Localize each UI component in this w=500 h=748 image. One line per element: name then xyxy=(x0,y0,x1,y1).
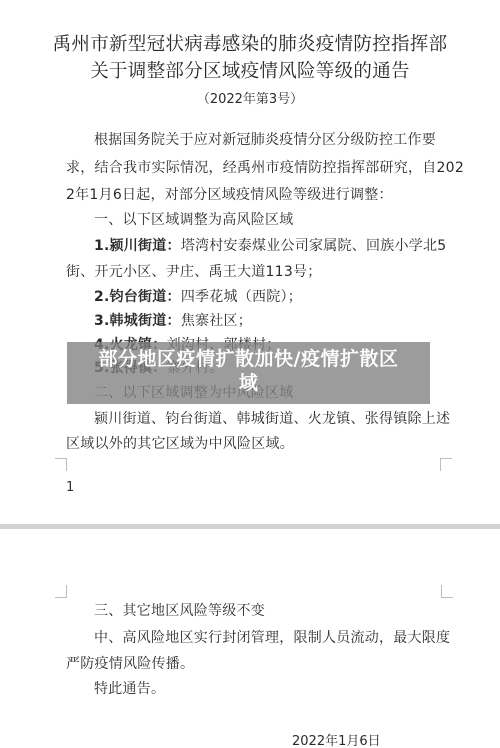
section-2-line-1: 颍川街道、钧台街道、韩城街道、火龙镇、张得镇除上述 xyxy=(94,410,442,428)
document-title-line-2: 关于调整部分区域疫情风险等级的通告 xyxy=(0,57,500,83)
document-number: （2022年第3号） xyxy=(0,88,500,107)
margin-corner-mark-right xyxy=(440,458,452,471)
margin-corner-mark-left xyxy=(55,458,67,471)
section-1-heading: 一、以下区域调整为高风险区域 xyxy=(94,211,442,229)
document-title-line-1: 禹州市新型冠状病毒感染的肺炎疫情防控指挥部 xyxy=(0,30,500,56)
document-page-2: 三、其它地区风险等级不变 中、高风险地区实行封闭管理，限制人员流动，最大限度 严… xyxy=(0,530,500,748)
high-risk-item-3: 3.韩城街道：焦寨社区； xyxy=(94,312,442,330)
item-text: 四季花城（西院）； xyxy=(181,289,302,305)
high-risk-item-1-continuation: 街、开元小区、尹庄、禹王大道113号； xyxy=(66,263,442,281)
high-risk-item-2: 2.钧台街道：四季花城（西院）； xyxy=(94,288,442,306)
page-number: 1 xyxy=(66,480,74,495)
item-text: 塔湾村安泰煤业公司家属院、回族小学北5 xyxy=(181,238,447,254)
issue-date: 2022年1月6日 xyxy=(292,730,381,748)
item-text: 焦寨社区； xyxy=(181,313,252,329)
high-risk-item-1: 1.颍川街道：塔湾村安泰煤业公司家属院、回族小学北5 xyxy=(94,237,442,255)
caption-line-2: 域 xyxy=(67,371,430,395)
item-label: 1.颍川街道： xyxy=(94,238,181,254)
intro-line-1: 根据国务院关于应对新冠肺炎疫情分区分级防控工作要 xyxy=(94,131,442,149)
document-page-1: 禹州市新型冠状病毒感染的肺炎疫情防控指挥部 关于调整部分区域疫情风险等级的通告 … xyxy=(0,0,500,524)
page-separator xyxy=(0,524,500,529)
margin-corner-mark-right xyxy=(441,585,453,598)
section-2-line-2: 区域以外的其它区域为中风险区域。 xyxy=(66,435,442,453)
margin-corner-mark-left xyxy=(55,585,67,598)
caption-line-1: 部分地区疫情扩散加快/疫情扩散区 xyxy=(67,347,430,371)
section-3-line-2: 严防疫情风险传播。 xyxy=(66,655,442,673)
intro-line-2: 求，结合我市实际情况，经禹州市疫情防控指挥部研究，自202 xyxy=(66,159,442,177)
item-label: 2.钧台街道： xyxy=(94,289,181,305)
item-label: 3.韩城街道： xyxy=(94,313,181,329)
intro-line-3: 2年1月6日起，对部分区域疫情风险等级进行调整： xyxy=(66,186,442,204)
section-3-heading: 三、其它地区风险等级不变 xyxy=(94,602,442,620)
closing-statement: 特此通告。 xyxy=(94,680,442,698)
caption-overlay: 部分地区疫情扩散加快/疫情扩散区 域 xyxy=(67,342,430,404)
section-3-line-1: 中、高风险地区实行封闭管理，限制人员流动，最大限度 xyxy=(94,629,442,647)
